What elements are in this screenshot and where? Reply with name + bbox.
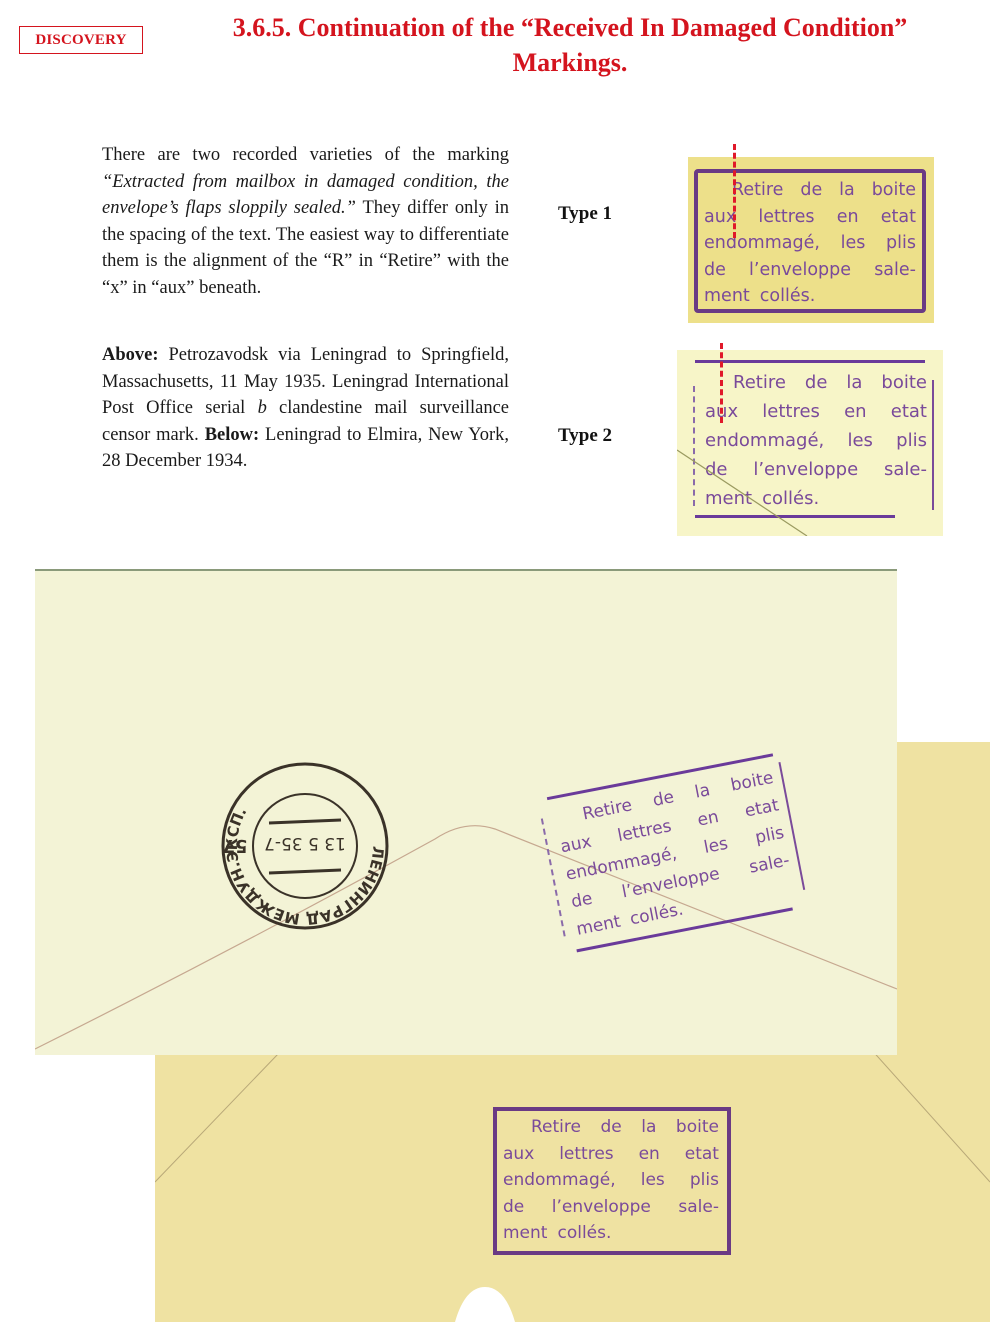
intro-paragraph: There are two recorded varieties of the … bbox=[102, 142, 509, 302]
envelope-below-stamp-text: Retiredelaboiteauxlettresenetatendommagé… bbox=[503, 1114, 719, 1247]
below-label: Below: bbox=[205, 425, 259, 445]
postmark-date: 13 5 35-7 bbox=[264, 833, 346, 853]
type-2-stamp-image: Retiredelaboiteauxlettresenetatendommagé… bbox=[677, 350, 943, 536]
stamp-line: mentcollés. bbox=[503, 1220, 719, 1247]
type-2-label: Type 2 bbox=[558, 425, 612, 447]
stamp-line: auxlettresenetat bbox=[503, 1141, 719, 1168]
title-line-2: Markings. bbox=[160, 45, 980, 80]
type-2-alignment-guide bbox=[720, 343, 723, 423]
discovery-badge: DISCOVERY bbox=[19, 26, 143, 54]
leningrad-postmark: ЛЕНИНГРАД МЕЖДУН.ЭКСП. 13 5 35-7 57 bbox=[217, 758, 393, 934]
stamp-line: mentcollés. bbox=[704, 283, 916, 310]
type-1-alignment-guide bbox=[733, 144, 736, 238]
type-1-label: Type 1 bbox=[558, 203, 612, 225]
fold-line bbox=[677, 350, 943, 536]
stamp-line: del’enveloppesale- bbox=[704, 257, 916, 284]
stamp-line: Retiredelaboite bbox=[503, 1114, 719, 1141]
caption-paragraph: Above: Petrozavodsk via Leningrad to Spr… bbox=[102, 342, 509, 475]
title-line-1: 3.6.5. Continuation of the “Received In … bbox=[160, 10, 980, 45]
type-1-stamp-image: Retiredelaboiteauxlettresenetatendommagé… bbox=[688, 157, 934, 323]
intro-text: There are two recorded varieties of the … bbox=[102, 145, 509, 165]
envelope-above: ЛЕНИНГРАД МЕЖДУН.ЭКСП. 13 5 35-7 57 Reti… bbox=[35, 569, 897, 1055]
serial-letter: b bbox=[258, 398, 267, 418]
above-label: Above: bbox=[102, 345, 159, 365]
postmark-number: 57 bbox=[222, 835, 247, 856]
stamp-line: del’enveloppesale- bbox=[503, 1194, 719, 1221]
page-title: 3.6.5. Continuation of the “Received In … bbox=[160, 10, 980, 80]
stamp-line: endommagé,lesplis bbox=[503, 1167, 719, 1194]
